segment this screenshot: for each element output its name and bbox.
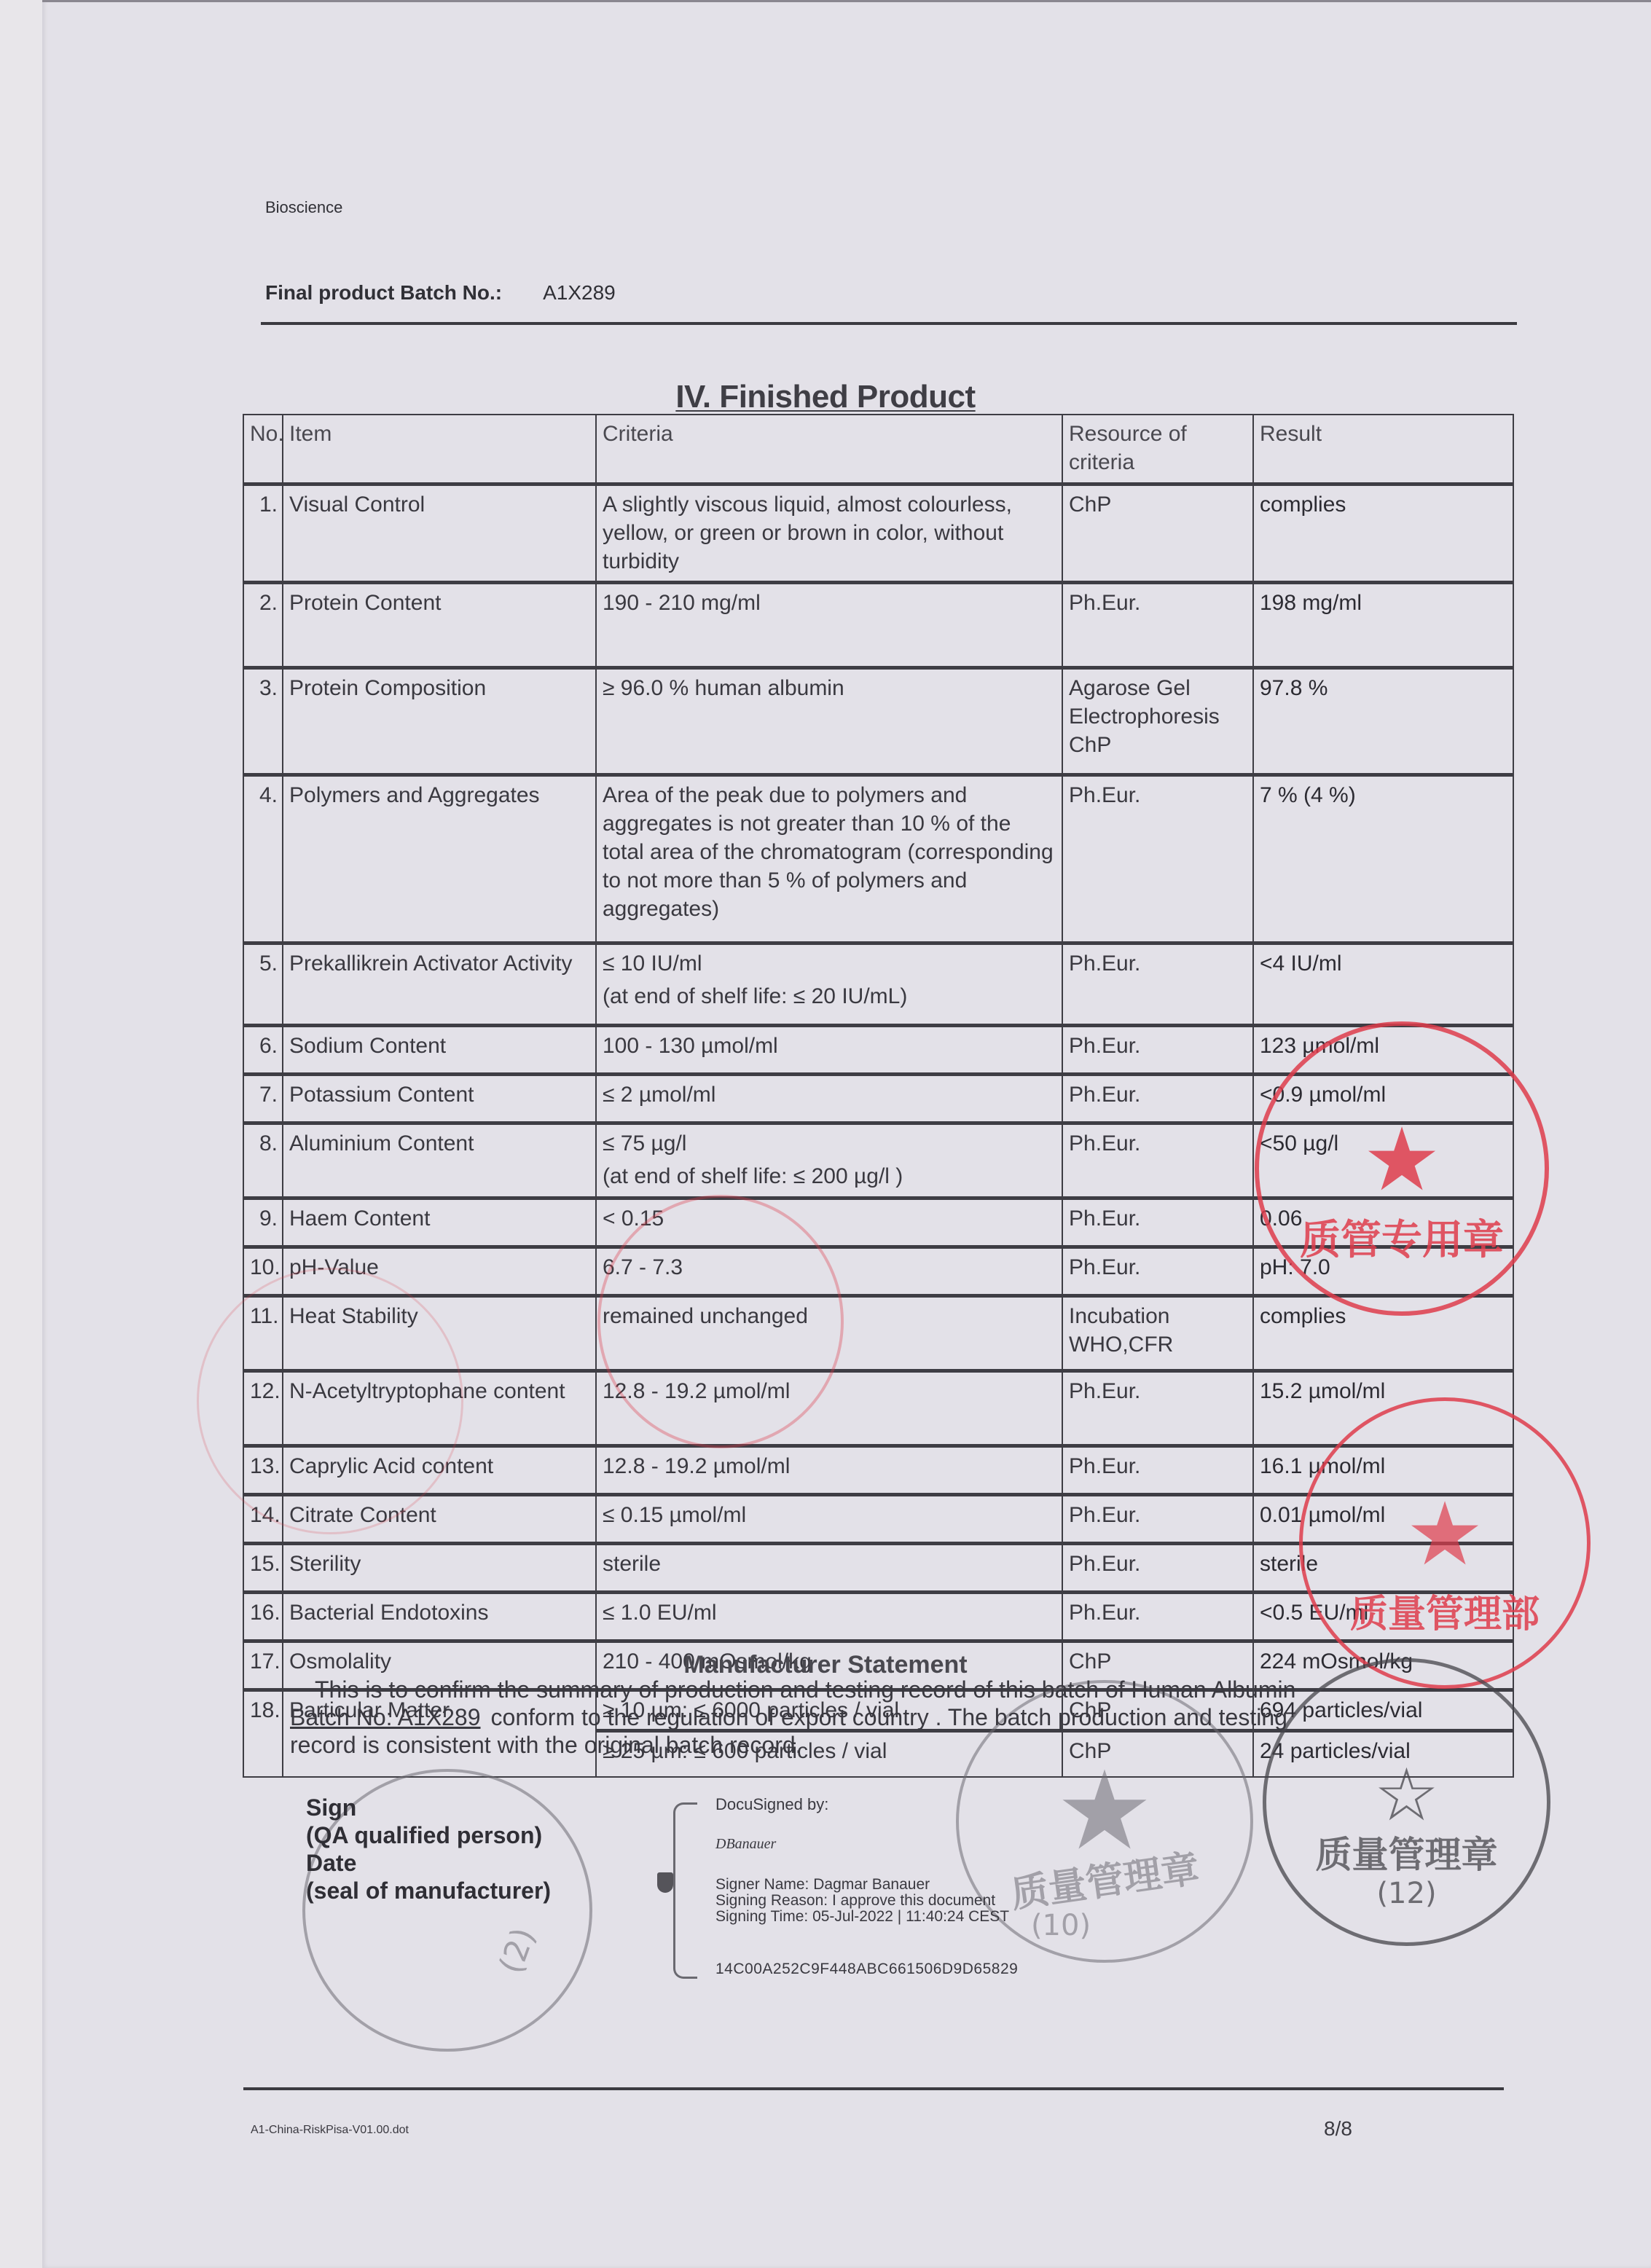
docusign-details: Signer Name: Dagmar Banauer Signing Reas…	[715, 1877, 1009, 1925]
criteria-source: Ph.Eur.	[1062, 943, 1253, 1026]
criteria-text: ≤ 75 µg/l	[603, 1131, 686, 1155]
criteria-cell: remained unchanged	[596, 1296, 1062, 1371]
criteria-source: Ph.Eur.	[1062, 1544, 1253, 1593]
criteria-cell: ≤ 10 IU/ml(at end of shelf life: ≤ 20 IU…	[596, 943, 1062, 1026]
result-value: 198 mg/ml	[1253, 583, 1513, 668]
table-row: 4.Polymers and AggregatesArea of the pea…	[243, 775, 1513, 943]
criteria-text: 100 - 130 µmol/ml	[603, 1034, 778, 1058]
company-name: Bioscience	[265, 198, 342, 217]
result-value: <0.5 EU/ml	[1253, 1593, 1513, 1641]
page-top-edge	[42, 0, 1651, 2]
page-number: 8/8	[1324, 2117, 1352, 2141]
item-name: N-Acetyltryptophane content	[283, 1371, 596, 1446]
criteria-cell: sterile	[596, 1544, 1062, 1593]
row-number: 4.	[243, 775, 283, 943]
criteria-cell: 190 - 210 mg/ml	[596, 583, 1062, 668]
result-value: <4 IU/ml	[1253, 943, 1513, 1026]
column-header: No.	[243, 415, 283, 484]
criteria-source: Ph.Eur.	[1062, 1495, 1253, 1544]
row-number: 18.	[243, 1690, 283, 1778]
row-number: 14.	[243, 1495, 283, 1544]
table-row: 16.Bacterial Endotoxins≤ 1.0 EU/mlPh.Eur…	[243, 1593, 1513, 1641]
statement-line-text: conform to the regulation of export coun…	[491, 1704, 1287, 1730]
row-number: 10.	[243, 1247, 283, 1296]
table-row: 13.Caprylic Acid content12.8 - 19.2 µmol…	[243, 1446, 1513, 1495]
footer-rule	[243, 2087, 1504, 2090]
result-value: 0.06	[1253, 1198, 1513, 1247]
row-number: 15.	[243, 1544, 283, 1593]
table-row: 7.Potassium Content≤ 2 µmol/mlPh.Eur.<0.…	[243, 1075, 1513, 1123]
template-filename: A1-China-RiskPisa-V01.00.dot	[251, 2124, 409, 2137]
row-number: 6.	[243, 1026, 283, 1075]
statement-line: record is consistent with the original b…	[290, 1731, 1529, 1759]
row-number: 9.	[243, 1198, 283, 1247]
table-row: 1.Visual ControlA slightly viscous liqui…	[243, 484, 1513, 583]
docusign-signature: DBanauer	[715, 1836, 776, 1853]
criteria-text: A slightly viscous liquid, almost colour…	[603, 493, 1012, 573]
result-value: pH: 7.0	[1253, 1247, 1513, 1296]
criteria-source: Ph.Eur.	[1062, 1446, 1253, 1495]
criteria-cell: ≤ 1.0 EU/ml	[596, 1593, 1062, 1641]
criteria-source: Ph.Eur.	[1062, 1198, 1253, 1247]
signer-name: Signer Name: Dagmar Banauer	[715, 1877, 1009, 1893]
row-number: 1.	[243, 484, 283, 583]
criteria-source: Ph.Eur.	[1062, 775, 1253, 943]
sign-label: Sign	[306, 1794, 551, 1821]
criteria-cell: Area of the peak due to polymers and agg…	[596, 775, 1062, 943]
result-value: complies	[1253, 1296, 1513, 1371]
column-header: Item	[283, 415, 596, 484]
criteria-text: < 0.15	[603, 1206, 664, 1231]
criteria-text: remained unchanged	[603, 1304, 808, 1328]
table-row: 10.pH-Value6.7 - 7.3Ph.Eur.pH: 7.0	[243, 1247, 1513, 1296]
criteria-text: ≤ 1.0 EU/ml	[603, 1601, 717, 1625]
table-row: 14.Citrate Content≤ 0.15 µmol/mlPh.Eur.0…	[243, 1495, 1513, 1544]
result-value: complies	[1253, 484, 1513, 583]
item-name: Sodium Content	[283, 1026, 596, 1075]
criteria-cell: ≤ 0.15 µmol/ml	[596, 1495, 1062, 1544]
criteria-text: sterile	[603, 1552, 661, 1576]
criteria-text: ≤ 2 µmol/ml	[603, 1083, 715, 1107]
criteria-text: ≤ 0.15 µmol/ml	[603, 1503, 746, 1527]
item-name: Sterility	[283, 1544, 596, 1593]
criteria-subtext: (at end of shelf life: ≤ 200 µg/l )	[603, 1162, 1056, 1190]
result-value: 0.01 µmol/ml	[1253, 1495, 1513, 1544]
result-value: <50 µg/l	[1253, 1123, 1513, 1198]
signing-reason: Signing Reason: I approve this document	[715, 1893, 1009, 1909]
row-number: 11.	[243, 1296, 283, 1371]
header-rule	[261, 322, 1517, 325]
seal-label: (seal of manufacturer)	[306, 1877, 551, 1904]
batch-value: A1X289	[543, 281, 616, 304]
result-value: 123 µmol/ml	[1253, 1026, 1513, 1075]
column-header: Result	[1253, 415, 1513, 484]
criteria-text: 12.8 - 19.2 µmol/ml	[603, 1379, 790, 1403]
criteria-cell: A slightly viscous liquid, almost colour…	[596, 484, 1062, 583]
row-number: 7.	[243, 1075, 283, 1123]
table-row: 9.Haem Content< 0.15Ph.Eur.0.06	[243, 1198, 1513, 1247]
statement-batch-number: Batch No: A1X289	[290, 1704, 481, 1730]
criteria-source: Ph.Eur.	[1062, 1075, 1253, 1123]
criteria-text: ≥ 96.0 % human albumin	[603, 676, 844, 700]
row-number: 13.	[243, 1446, 283, 1495]
item-name: Haem Content	[283, 1198, 596, 1247]
result-value: 97.8 %	[1253, 668, 1513, 775]
signing-time: Signing Time: 05-Jul-2022 | 11:40:24 CES…	[715, 1909, 1009, 1925]
item-name: Potassium Content	[283, 1075, 596, 1123]
criteria-cell: ≥ 96.0 % human albumin	[596, 668, 1062, 775]
criteria-text: 12.8 - 19.2 µmol/ml	[603, 1454, 790, 1478]
item-name: Aluminium Content	[283, 1123, 596, 1198]
batch-number-line: Final product Batch No.:A1X289	[265, 281, 616, 305]
column-header: Criteria	[596, 415, 1062, 484]
criteria-source: Agarose Gel Electrophoresis ChP	[1062, 668, 1253, 775]
docusign-envelope-id: 14C00A252C9F448ABC661506D9D65829	[715, 1958, 1018, 1980]
item-name: pH-Value	[283, 1247, 596, 1296]
column-header: Resource of criteria	[1062, 415, 1253, 484]
criteria-subtext: (at end of shelf life: ≤ 20 IU/mL)	[603, 982, 1056, 1011]
statement-line: This is to confirm the summary of produc…	[290, 1676, 1529, 1703]
item-name: Caprylic Acid content	[283, 1446, 596, 1495]
docusign-bracket	[673, 1802, 697, 1979]
criteria-source: ChP	[1062, 484, 1253, 583]
result-value: sterile	[1253, 1544, 1513, 1593]
row-number: 12.	[243, 1371, 283, 1446]
scan-margin	[0, 0, 42, 2268]
criteria-source: Ph.Eur.	[1062, 1247, 1253, 1296]
docusign-header: DocuSigned by:	[715, 1794, 828, 1816]
criteria-source: Ph.Eur.	[1062, 1593, 1253, 1641]
criteria-source: Ph.Eur.	[1062, 1123, 1253, 1198]
section-title: IV. Finished Product	[0, 379, 1651, 415]
results-table: No. Item Criteria Resource of criteria R…	[243, 414, 1514, 1778]
signature-block: Sign (QA qualified person) Date (seal of…	[306, 1794, 551, 1904]
criteria-source: Ph.Eur.	[1062, 1026, 1253, 1075]
criteria-cell: 100 - 130 µmol/ml	[596, 1026, 1062, 1075]
row-number: 16.	[243, 1593, 283, 1641]
criteria-text: Area of the peak due to polymers and agg…	[603, 783, 1054, 921]
table-row: 6.Sodium Content100 - 130 µmol/mlPh.Eur.…	[243, 1026, 1513, 1075]
item-name: Heat Stability	[283, 1296, 596, 1371]
criteria-cell: < 0.15	[596, 1198, 1062, 1247]
criteria-cell: ≤ 2 µmol/ml	[596, 1075, 1062, 1123]
result-value: 16.1 µmol/ml	[1253, 1446, 1513, 1495]
statement-body: This is to confirm the summary of produc…	[290, 1676, 1529, 1759]
criteria-cell: 6.7 - 7.3	[596, 1247, 1062, 1296]
criteria-source: Ph.Eur.	[1062, 583, 1253, 668]
table-row: 15.SterilitysterilePh.Eur.sterile	[243, 1544, 1513, 1593]
date-label: Date	[306, 1849, 551, 1877]
shield-icon	[657, 1872, 673, 1893]
table-row: 12.N-Acetyltryptophane content12.8 - 19.…	[243, 1371, 1513, 1446]
table-header-row: No. Item Criteria Resource of criteria R…	[243, 415, 1513, 484]
result-value: 15.2 µmol/ml	[1253, 1371, 1513, 1446]
criteria-cell: ≤ 75 µg/l(at end of shelf life: ≤ 200 µg…	[596, 1123, 1062, 1198]
table-row: 2.Protein Content190 - 210 mg/mlPh.Eur.1…	[243, 583, 1513, 668]
criteria-source: Incubation WHO,CFR	[1062, 1296, 1253, 1371]
item-name: Polymers and Aggregates	[283, 775, 596, 943]
result-value: 7 % (4 %)	[1253, 775, 1513, 943]
criteria-text: 190 - 210 mg/ml	[603, 591, 761, 615]
item-name: Bacterial Endotoxins	[283, 1593, 596, 1641]
row-number: 3.	[243, 668, 283, 775]
criteria-cell: 12.8 - 19.2 µmol/ml	[596, 1371, 1062, 1446]
batch-label: Final product Batch No.:	[265, 281, 502, 304]
criteria-text: ≤ 10 IU/ml	[603, 951, 702, 976]
row-number: 8.	[243, 1123, 283, 1198]
criteria-text: 6.7 - 7.3	[603, 1255, 683, 1279]
table-row: 11.Heat Stabilityremained unchangedIncub…	[243, 1296, 1513, 1371]
table-row: 8.Aluminium Content≤ 75 µg/l(at end of s…	[243, 1123, 1513, 1198]
qa-person-label: (QA qualified person)	[306, 1821, 551, 1849]
table-row: 3.Protein Composition≥ 96.0 % human albu…	[243, 668, 1513, 775]
criteria-source: Ph.Eur.	[1062, 1371, 1253, 1446]
item-name: Citrate Content	[283, 1495, 596, 1544]
item-name: Protein Content	[283, 583, 596, 668]
item-name: Visual Control	[283, 484, 596, 583]
item-name: Protein Composition	[283, 668, 596, 775]
statement-line: Batch No: A1X289conform to the regulatio…	[290, 1703, 1529, 1731]
table-row: 5.Prekallikrein Activator Activity≤ 10 I…	[243, 943, 1513, 1026]
criteria-cell: 12.8 - 19.2 µmol/ml	[596, 1446, 1062, 1495]
row-number: 5.	[243, 943, 283, 1026]
result-value: <0.9 µmol/ml	[1253, 1075, 1513, 1123]
row-number: 2.	[243, 583, 283, 668]
item-name: Prekallikrein Activator Activity	[283, 943, 596, 1026]
